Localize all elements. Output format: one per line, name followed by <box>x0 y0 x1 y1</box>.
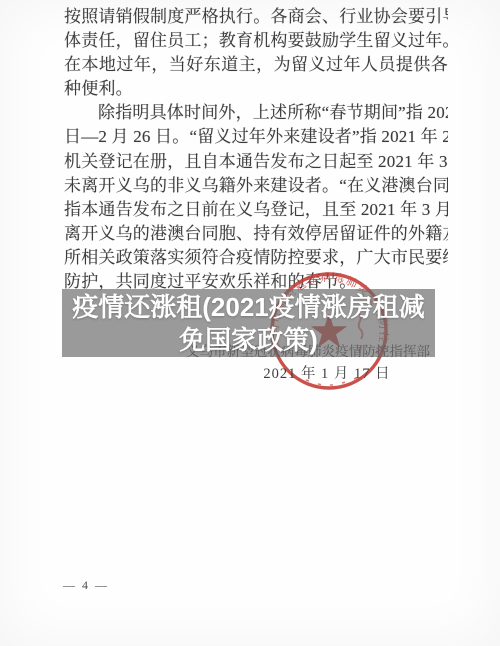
scanned-notice-photo: 按照请销假制度严格执行。各商会、行业协会要引导企业承担主 体责任，留住员工；教育… <box>0 0 500 646</box>
notice-body-line: 机关登记在册，且自本通告发布之日起至 2021 年 3 月 1 日期间 <box>64 150 448 174</box>
notice-body: 按照请销假制度严格执行。各商会、行业协会要引导企业承担主 体责任，留住员工；教育… <box>64 5 448 294</box>
article-title: 疫情还涨租(2021疫情涨房租减免国家政策) <box>62 289 435 356</box>
notice-body-line: 离开义乌的港澳台同胞、持有效停居留证件的外籍友人。公共场 <box>64 222 448 246</box>
issue-date: 2021 年 1 月 17 日 <box>262 362 392 383</box>
notice-body-line: 在本地过年，当好东道主，为留义过年人员提供各种便利。 <box>64 53 448 101</box>
notice-body-line: 体责任，留住员工；教育机构要鼓励学生留义过年。提倡义乌人 <box>64 29 448 53</box>
notice-body-line: 按照请销假制度严格执行。各商会、行业协会要引导企业承担主 <box>64 5 448 29</box>
notice-body-line: 日—2 月 26 日。“留义过年外来建设者”指 2021 年 2 月 1 日公安 <box>64 125 448 149</box>
page-number: — 4 — <box>58 578 114 593</box>
notice-body-line: 指本通告发布之日前在义乌登记，且至 2021 年 3 月 1 日期间未 <box>64 198 448 222</box>
title-overlay-banner: 疫情还涨租(2021疫情涨房租减免国家政策) <box>62 289 435 357</box>
notice-body-line: 未离开义乌的非义乌籍外来建设者。“在义港澳台同胞、外籍友人” <box>64 174 448 198</box>
notice-body-line: 除指明具体时间外，上述所称“春节期间”指 2021 年 2 月 11 <box>64 101 448 125</box>
notice-body-line: 所相关政策落实须符合疫情防控要求，广大市民要继续做好个人 <box>64 246 448 270</box>
